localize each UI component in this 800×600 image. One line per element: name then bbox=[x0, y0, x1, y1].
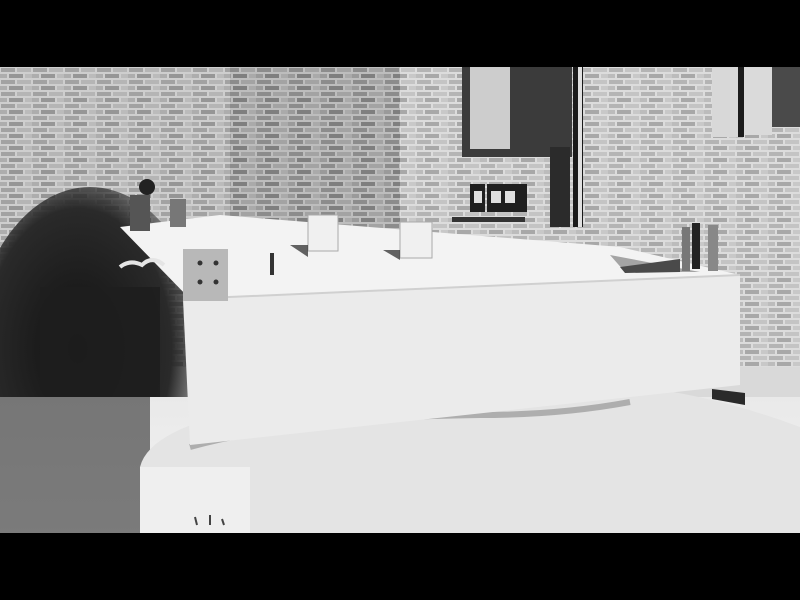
window-frame bbox=[712, 67, 800, 137]
letterbox-top-bar bbox=[0, 0, 800, 67]
vertical-pipe bbox=[573, 67, 583, 227]
letterbox-bottom-bar bbox=[0, 533, 800, 600]
photograph bbox=[0, 67, 800, 533]
